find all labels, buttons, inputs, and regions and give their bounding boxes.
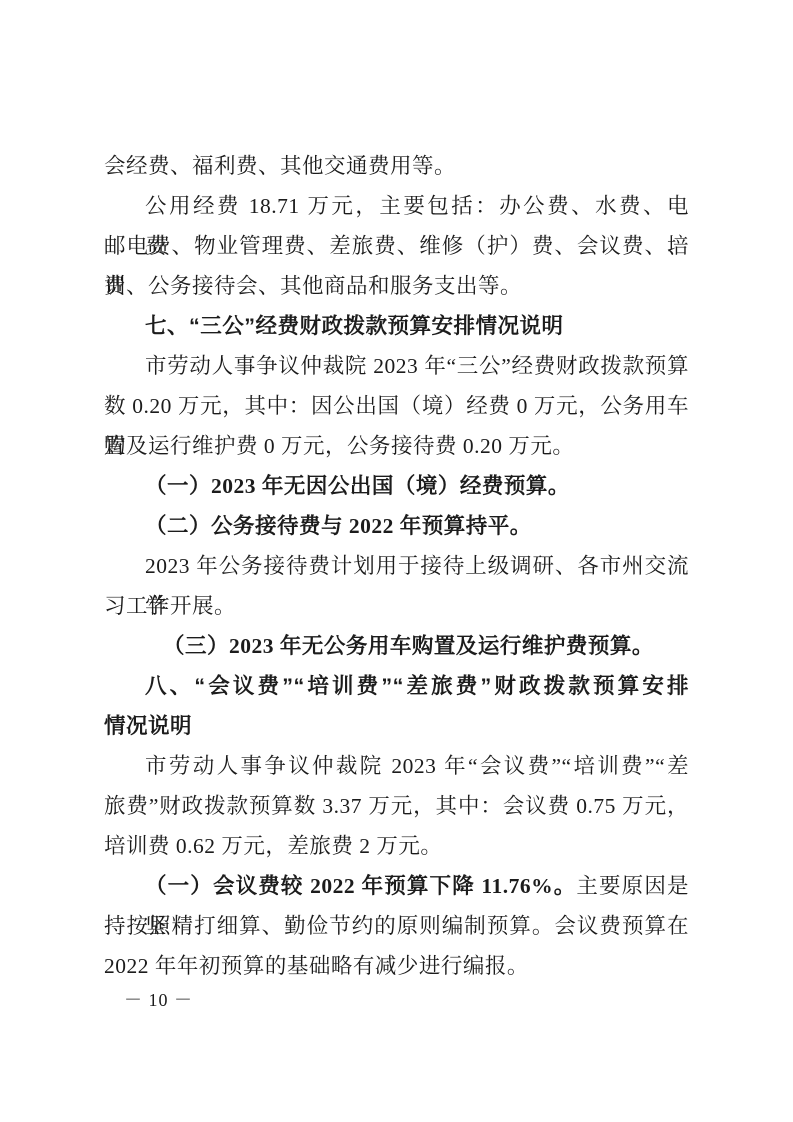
- subheading-two-reception-flat: （二）公务接待费与 2022 年预算持平。: [104, 506, 689, 546]
- paragraph-three-public-line-3: 置及运行维护费 0 万元，公务接待费 0.20 万元。: [104, 426, 689, 466]
- paragraph-meeting-fee-decrease-line-3: 2022 年年初预算的基础略有减少进行编报。: [104, 946, 689, 986]
- subheading-one-no-abroad-budget: （一）2023 年无因公出国（境）经费预算。: [104, 466, 689, 506]
- paragraph-public-expense-line-1: 公用经费 18.71 万元，主要包括：办公费、水费、电费、: [104, 186, 689, 226]
- subheading-three-no-vehicle-budget: （三）2023 年无公务用车购置及运行维护费预算。: [104, 626, 689, 666]
- paragraph-meeting-fee-decrease-line-1: （一）会议费较 2022 年预算下降 11.76%。主要原因是坚: [104, 866, 689, 906]
- page-number: － 10 －: [124, 988, 193, 1012]
- paragraph-meeting-training-travel-line-3: 培训费 0.62 万元，差旅费 2 万元。: [104, 826, 689, 866]
- section-heading-eight-line-2: 情况说明: [104, 706, 689, 746]
- paragraph-reception-plan-line-1: 2023 年公务接待费计划用于接待上级调研、各市州交流学: [104, 546, 689, 586]
- paragraph-public-expense-line-3: 费、公务接待会、其他商品和服务支出等。: [104, 266, 689, 306]
- paragraph-three-public-line-2: 数 0.20 万元，其中：因公出国（境）经费 0 万元，公务用车购: [104, 386, 689, 426]
- section-heading-eight-line-1: 八、“会议费”“培训费”“差旅费”财政拨款预算安排: [104, 666, 689, 706]
- subheading-meeting-fee-decrease: （一）会议费较 2022 年预算下降 11.76%。: [145, 874, 576, 898]
- document-page: 会经费、福利费、其他交通费用等。 公用经费 18.71 万元，主要包括：办公费、…: [0, 0, 793, 1122]
- paragraph-meeting-training-travel-line-2: 旅费”财政拨款预算数 3.37 万元，其中：会议费 0.75 万元，: [104, 786, 689, 826]
- paragraph-continuation-line: 会经费、福利费、其他交通费用等。: [104, 146, 689, 186]
- page-body-text: 会经费、福利费、其他交通费用等。 公用经费 18.71 万元，主要包括：办公费、…: [104, 146, 689, 986]
- paragraph-meeting-fee-decrease-line-2: 持按照精打细算、勤俭节约的原则编制预算。会议费预算在: [104, 906, 689, 946]
- paragraph-reception-plan-line-2: 习工作开展。: [104, 586, 689, 626]
- paragraph-meeting-training-travel-line-1: 市劳动人事争议仲裁院 2023 年“会议费”“培训费”“差: [104, 746, 689, 786]
- paragraph-three-public-line-1: 市劳动人事争议仲裁院 2023 年“三公”经费财政拨款预算: [104, 346, 689, 386]
- paragraph-public-expense-line-2: 邮电费、物业管理费、差旅费、维修（护）费、会议费、培训: [104, 226, 689, 266]
- section-heading-seven: 七、“三公”经费财政拨款预算安排情况说明: [104, 306, 689, 346]
